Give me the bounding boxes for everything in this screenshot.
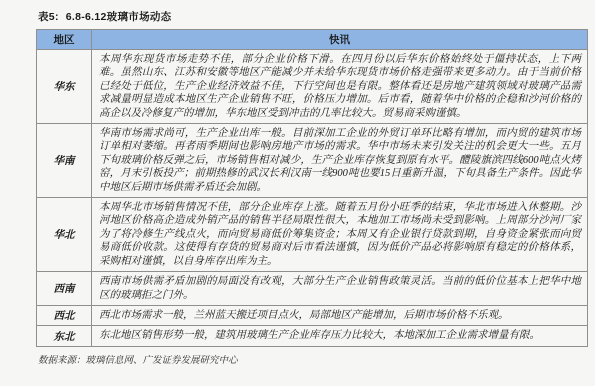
market-dynamics-table: 地区 快讯 华东 本周华东现货市场走势不佳，部分企业价格下滑。在四月份以后华东价… <box>36 29 588 347</box>
news-text-dongbei: 东北地区销售形势一般，建筑用玻璃生产企业库存压力比较大，本地深加工企业需求增量有… <box>92 326 588 346</box>
region-label-huanan: 华南 <box>37 124 92 198</box>
table-row-huabei: 华北 本周华北市场销售情况不佳，部分企业库存上涨。随着五月份小旺季的结束，华北市… <box>37 198 588 272</box>
region-label-dongbei: 东北 <box>37 326 92 346</box>
news-text-huabei: 本周华北市场销售情况不佳，部分企业库存上涨。随着五月份小旺季的结束，华北市场进入… <box>92 198 588 272</box>
news-text-huanan: 华南市场需求尚可，生产企业出库一般。目前深加工企业的外贸订单环比略有增加，而内贸… <box>92 124 588 198</box>
header-row: 地区 快讯 <box>37 30 588 50</box>
header-cell-region: 地区 <box>37 30 92 50</box>
table-row-xinan: 西南 西南市场供需矛盾加剧的局面没有改观，大部分生产企业销售政策灵活。当前的低价… <box>37 272 588 306</box>
table-body: 华东 本周华东现货市场走势不佳，部分企业价格下滑。在四月份以后华东价格始终处于僵… <box>37 50 588 347</box>
news-text-xibei: 西北市场需求一般，兰州蓝天搬迁项目点火，局部地区产能增加，后期市场价格不乐观。 <box>92 305 588 325</box>
table-number-label: 表5: <box>38 11 59 23</box>
data-source-note: 数据来源：玻璃信息网、广发证券发展研究中心 <box>38 352 588 366</box>
page-title: 表5:6.8-6.12玻璃市场动态 <box>38 9 588 24</box>
region-label-huabei: 华北 <box>37 198 92 272</box>
table-row-huadong: 华东 本周华东现货市场走势不佳，部分企业价格下滑。在四月份以后华东价格始终处于僵… <box>37 50 588 124</box>
region-label-xinan: 西南 <box>37 272 92 306</box>
report-page: 表5:6.8-6.12玻璃市场动态 地区 快讯 华东 本周华东现货市场走势不佳，… <box>0 0 595 386</box>
region-label-huadong: 华东 <box>37 50 92 124</box>
table-row-xibei: 西北 西北市场需求一般，兰州蓝天搬迁项目点火，局部地区产能增加，后期市场价格不乐… <box>37 305 588 325</box>
table-row-dongbei: 东北 东北地区销售形势一般，建筑用玻璃生产企业库存压力比较大，本地深加工企业需求… <box>37 326 588 346</box>
table-title-text: 6.8-6.12玻璃市场动态 <box>66 11 172 23</box>
region-label-xibei: 西北 <box>37 305 92 325</box>
table-row-huanan: 华南 华南市场需求尚可，生产企业出库一般。目前深加工企业的外贸订单环比略有增加，… <box>37 124 588 198</box>
news-text-huadong: 本周华东现货市场走势不佳，部分企业价格下滑。在四月份以后华东价格始终处于僵持状态… <box>92 50 588 124</box>
table-header: 地区 快讯 <box>37 30 588 50</box>
news-text-xinan: 西南市场供需矛盾加剧的局面没有改观，大部分生产企业销售政策灵活。当前的低价位基本… <box>92 272 588 306</box>
header-cell-news: 快讯 <box>92 30 588 50</box>
